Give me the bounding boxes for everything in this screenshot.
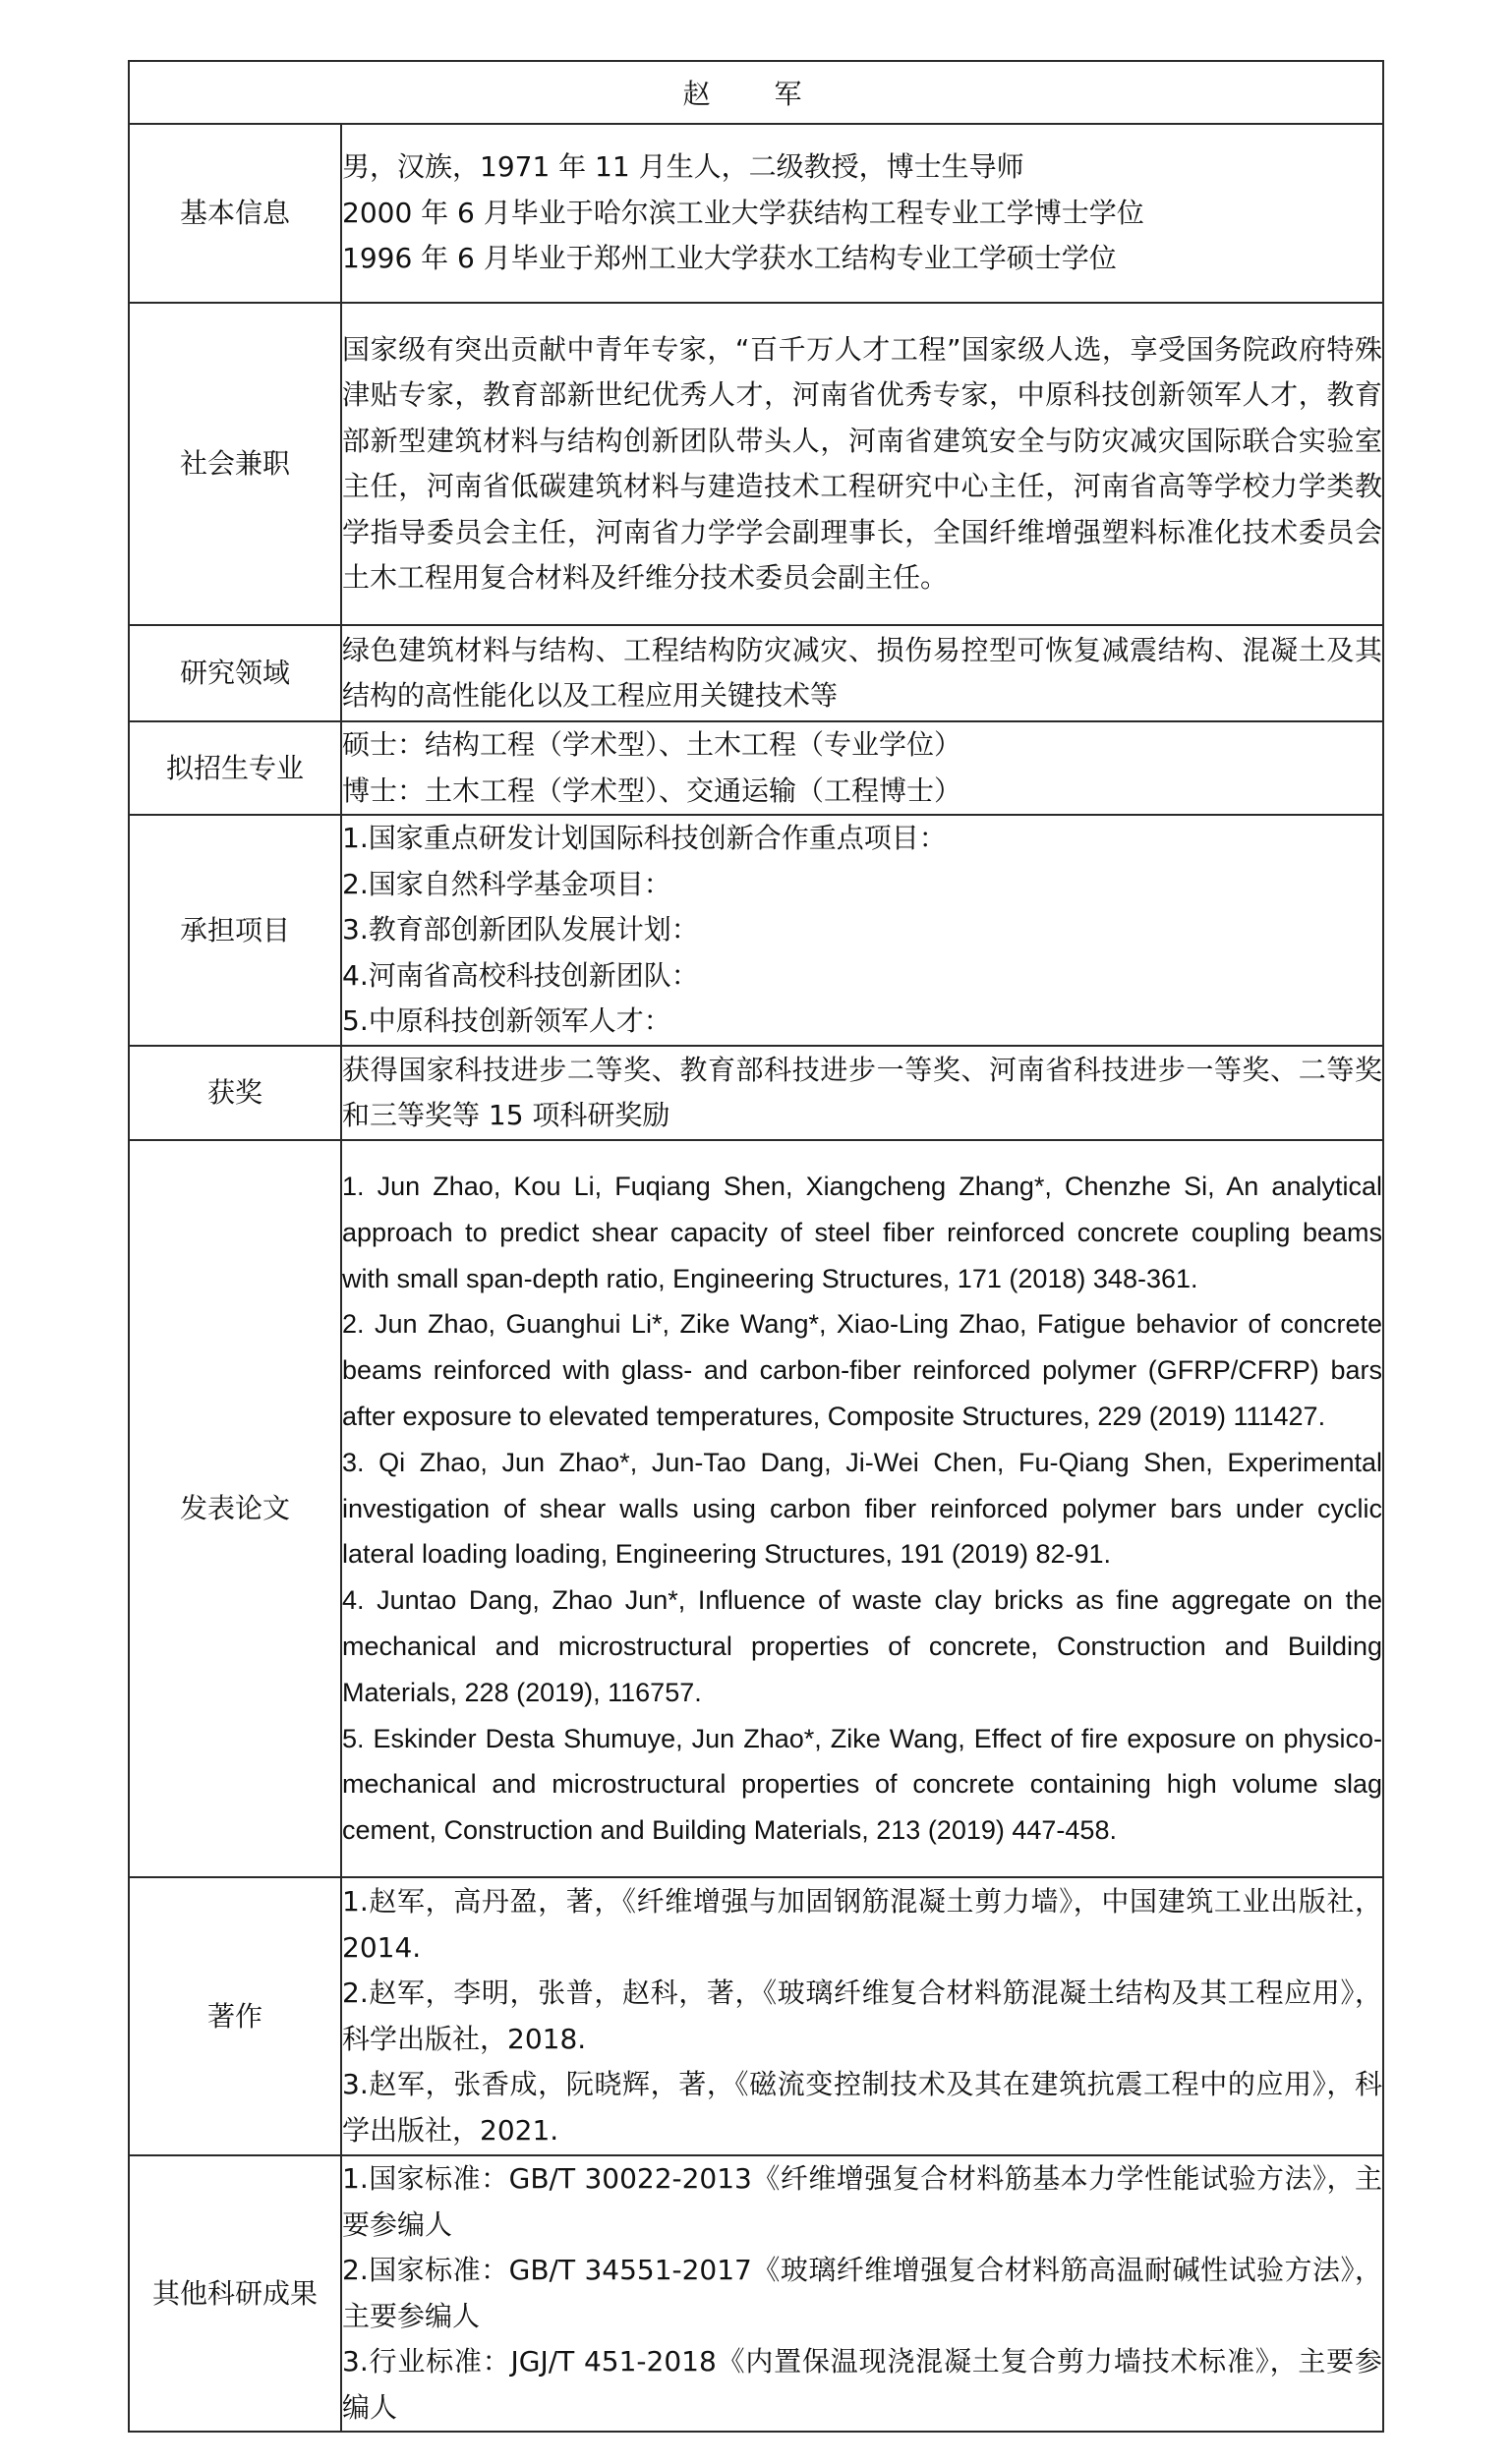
- book-item: 1.赵军，高丹盈，著，《纤维增强与加固钢筋混凝土剪力墙》，中国建筑工业出版社，2…: [342, 1879, 1382, 1971]
- standard-item: 1.国家标准：GB/T 30022-2013《纤维增强复合材料筋基本力学性能试验…: [342, 2156, 1382, 2248]
- project-item: 4.河南省高校科技创新团队：: [342, 953, 1382, 1000]
- research-fields-text: 绿色建筑材料与结构、工程结构防灾减灾、损伤易控型可恢复减震结构、混凝土及其结构的…: [342, 628, 1382, 719]
- project-item: 1.国家重点研发计划国际科技创新合作重点项目：: [342, 816, 1382, 862]
- content-basic-info: 男，汉族，1971 年 11 月生人，二级教授，博士生导师 2000 年 6 月…: [341, 124, 1383, 303]
- row-basic-info: 基本信息 男，汉族，1971 年 11 月生人，二级教授，博士生导师 2000 …: [129, 124, 1383, 303]
- awards-text: 获得国家科技进步二等奖、教育部科技进步一等奖、河南省科技进步一等奖、二等奖和三等…: [342, 1048, 1382, 1139]
- row-books: 著作 1.赵军，高丹盈，著，《纤维增强与加固钢筋混凝土剪力墙》，中国建筑工业出版…: [129, 1877, 1383, 2155]
- label-admission-majors: 拟招生专业: [129, 721, 341, 815]
- profile-document: 赵 军 基本信息 男，汉族，1971 年 11 月生人，二级教授，博士生导师 2…: [128, 60, 1384, 2433]
- label-basic-info: 基本信息: [129, 124, 341, 303]
- content-awards: 获得国家科技进步二等奖、教育部科技进步一等奖、河南省科技进步一等奖、二等奖和三等…: [341, 1046, 1383, 1140]
- standard-item: 2.国家标准：GB/T 34551-2017《玻璃纤维增强复合材料筋高温耐碱性试…: [342, 2248, 1382, 2339]
- publication-item: 3. Qi Zhao, Jun Zhao*, Jun-Tao Dang, Ji-…: [342, 1440, 1382, 1577]
- label-publications: 发表论文: [129, 1140, 341, 1877]
- title-row: 赵 军: [129, 61, 1383, 124]
- row-research-fields: 研究领域 绿色建筑材料与结构、工程结构防灾减灾、损伤易控型可恢复减震结构、混凝土…: [129, 625, 1383, 721]
- publication-item: 4. Juntao Dang, Zhao Jun*, Influence of …: [342, 1577, 1382, 1715]
- content-publications: 1. Jun Zhao, Kou Li, Fuqiang Shen, Xiang…: [341, 1140, 1383, 1877]
- label-research-fields: 研究领域: [129, 625, 341, 721]
- content-social-positions: 国家级有突出贡献中青年专家，“百千万人才工程”国家级人选，享受国务院政府特殊津贴…: [341, 303, 1383, 625]
- label-social-positions: 社会兼职: [129, 303, 341, 625]
- row-other-achievements: 其他科研成果 1.国家标准：GB/T 30022-2013《纤维增强复合材料筋基…: [129, 2155, 1383, 2432]
- row-social-positions: 社会兼职 国家级有突出贡献中青年专家，“百千万人才工程”国家级人选，享受国务院政…: [129, 303, 1383, 625]
- project-item: 5.中原科技创新领军人才：: [342, 999, 1382, 1045]
- label-awards: 获奖: [129, 1046, 341, 1140]
- major-line-doctor: 博士：土木工程（学术型）、交通运输（工程博士）: [342, 769, 1382, 815]
- project-item: 2.国家自然科学基金项目：: [342, 862, 1382, 908]
- row-admission-majors: 拟招生专业 硕士：结构工程（学术型）、土木工程（专业学位） 博士：土木工程（学术…: [129, 721, 1383, 815]
- content-projects: 1.国家重点研发计划国际科技创新合作重点项目： 2.国家自然科学基金项目： 3.…: [341, 815, 1383, 1046]
- basic-info-line: 2000 年 6 月毕业于哈尔滨工业大学获结构工程专业工学博士学位: [342, 191, 1382, 237]
- publication-item: 1. Jun Zhao, Kou Li, Fuqiang Shen, Xiang…: [342, 1164, 1382, 1301]
- label-books: 著作: [129, 1877, 341, 2155]
- book-item: 2.赵军，李明，张普，赵科，著，《玻璃纤维复合材料筋混凝土结构及其工程应用》，科…: [342, 1971, 1382, 2062]
- social-positions-text: 国家级有突出贡献中青年专家，“百千万人才工程”国家级人选，享受国务院政府特殊津贴…: [342, 327, 1382, 602]
- label-projects: 承担项目: [129, 815, 341, 1046]
- project-item: 3.教育部创新团队发展计划：: [342, 907, 1382, 953]
- profile-table: 赵 军 基本信息 男，汉族，1971 年 11 月生人，二级教授，博士生导师 2…: [128, 60, 1384, 2433]
- publication-item: 2. Jun Zhao, Guanghui Li*, Zike Wang*, X…: [342, 1301, 1382, 1439]
- content-research-fields: 绿色建筑材料与结构、工程结构防灾减灾、损伤易控型可恢复减震结构、混凝土及其结构的…: [341, 625, 1383, 721]
- major-line-master: 硕士：结构工程（学术型）、土木工程（专业学位）: [342, 722, 1382, 769]
- person-name: 赵 军: [129, 61, 1383, 124]
- row-awards: 获奖 获得国家科技进步二等奖、教育部科技进步一等奖、河南省科技进步一等奖、二等奖…: [129, 1046, 1383, 1140]
- basic-info-line: 男，汉族，1971 年 11 月生人，二级教授，博士生导师: [342, 144, 1382, 191]
- content-admission-majors: 硕士：结构工程（学术型）、土木工程（专业学位） 博士：土木工程（学术型）、交通运…: [341, 721, 1383, 815]
- row-publications: 发表论文 1. Jun Zhao, Kou Li, Fuqiang Shen, …: [129, 1140, 1383, 1877]
- basic-info-line: 1996 年 6 月毕业于郑州工业大学获水工结构专业工学硕士学位: [342, 236, 1382, 282]
- content-books: 1.赵军，高丹盈，著，《纤维增强与加固钢筋混凝土剪力墙》，中国建筑工业出版社，2…: [341, 1877, 1383, 2155]
- publication-item: 5. Eskinder Desta Shumuye, Jun Zhao*, Zi…: [342, 1716, 1382, 1854]
- content-other-achievements: 1.国家标准：GB/T 30022-2013《纤维增强复合材料筋基本力学性能试验…: [341, 2155, 1383, 2432]
- standard-item: 3.行业标准：JGJ/T 451-2018《内置保温现浇混凝土复合剪力墙技术标准…: [342, 2339, 1382, 2431]
- label-other-achievements: 其他科研成果: [129, 2155, 341, 2432]
- row-projects: 承担项目 1.国家重点研发计划国际科技创新合作重点项目： 2.国家自然科学基金项…: [129, 815, 1383, 1046]
- book-item: 3.赵军，张香成，阮晓辉，著，《磁流变控制技术及其在建筑抗震工程中的应用》，科学…: [342, 2062, 1382, 2153]
